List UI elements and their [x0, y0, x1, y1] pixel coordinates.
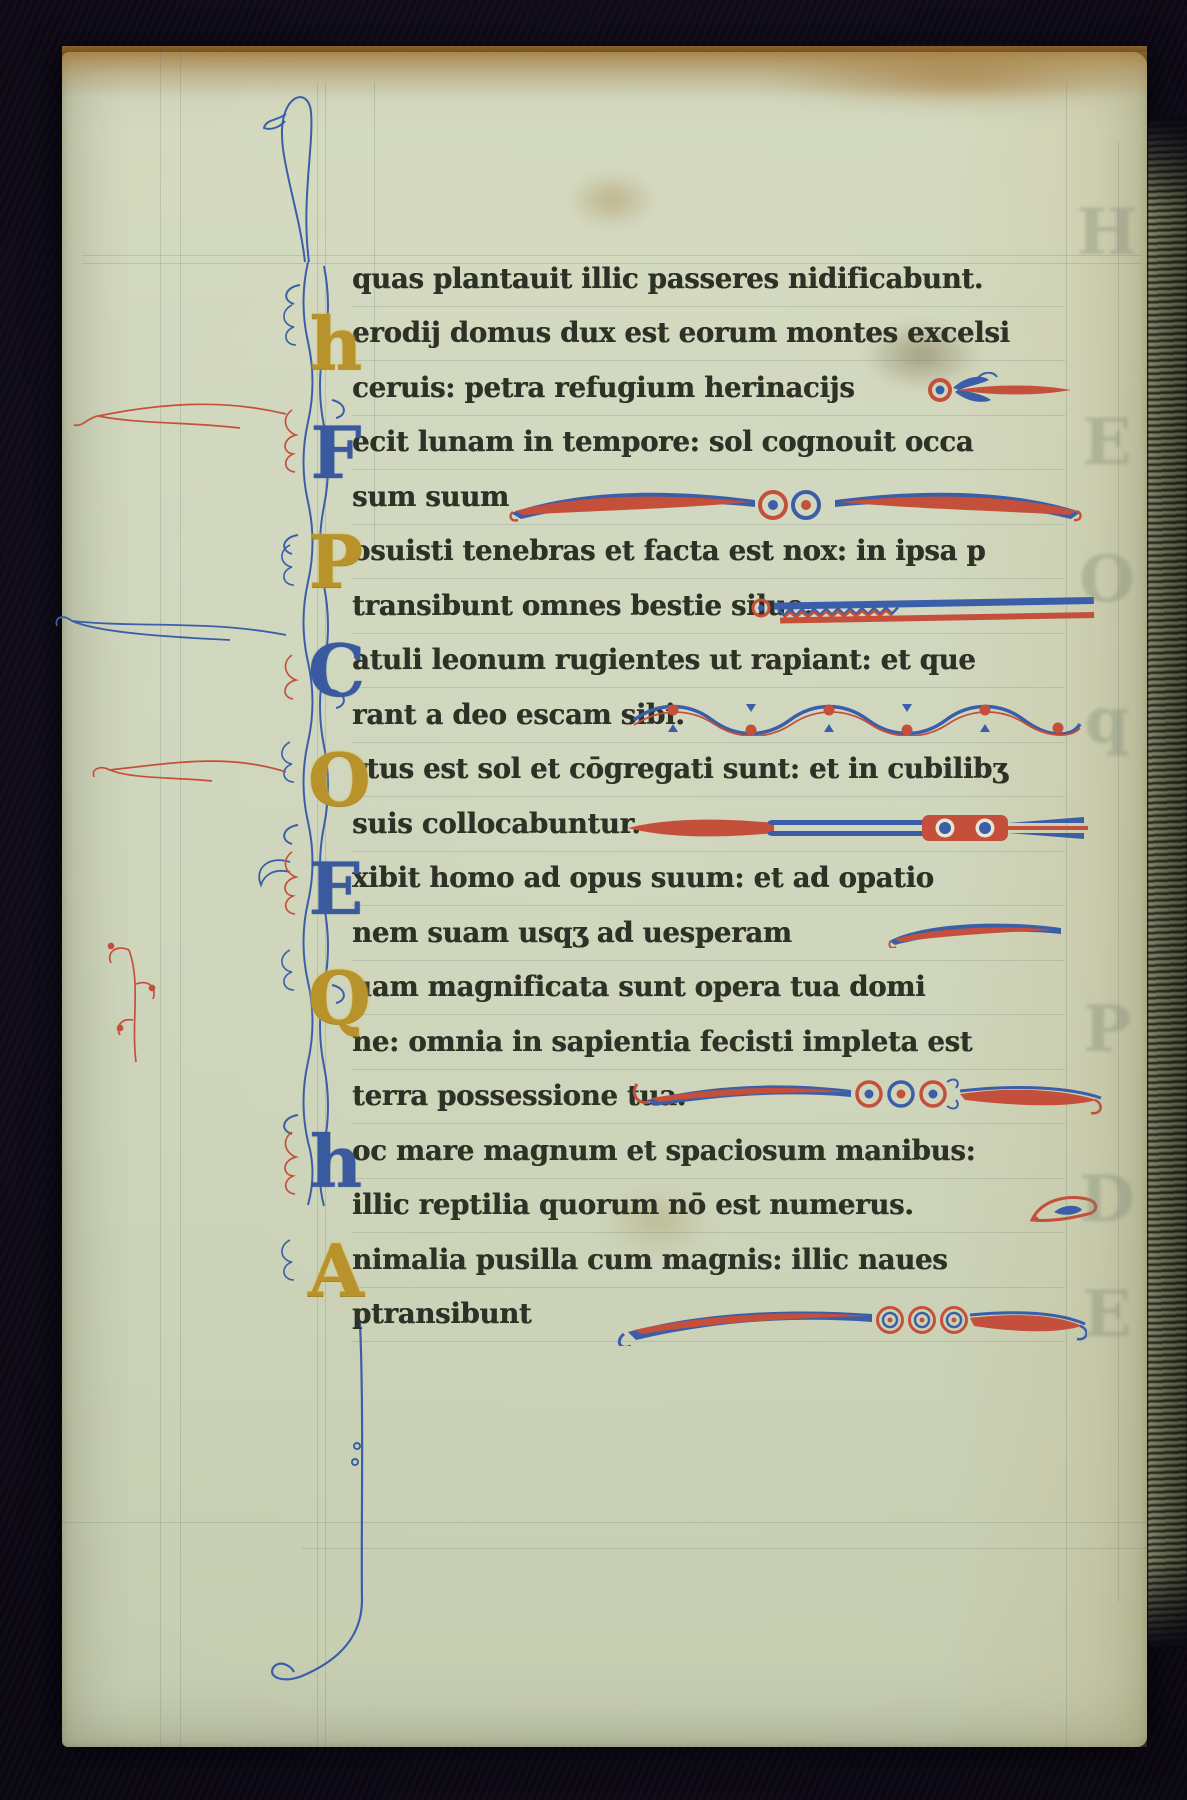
ruling-horizontal	[302, 1548, 1147, 1549]
offset-ghost-letter: P	[1076, 995, 1138, 1065]
ruling-vertical	[1066, 82, 1067, 1747]
verse-text: illic reptilia quorum nō est numerus.	[352, 1188, 913, 1221]
verse-text: ptransibunt	[352, 1297, 531, 1330]
adjacent-page-edge	[1148, 118, 1187, 1648]
ruling-vertical	[1118, 142, 1119, 1602]
line-filler-swash-rings-icon	[625, 1072, 1110, 1118]
illuminated-initial-q: Q	[308, 950, 364, 1046]
line-filler-small-swash-icon	[885, 918, 1065, 948]
offset-ghost-letter: H	[1076, 198, 1138, 268]
text-line: xibit homo ad opus suum: et ad opatio	[352, 851, 1065, 906]
verse-text: osuisti tenebras et facta est nox: in ip…	[352, 534, 985, 567]
illuminated-initial-h2: h	[308, 1114, 364, 1210]
text-line: erodij domus dux est eorum montes excels…	[352, 306, 1065, 361]
text-line: quas plantauit illic passeres nidificabu…	[352, 252, 1065, 307]
edge-shadow	[1148, 118, 1187, 208]
verse-text: transibunt omnes bestie silue.	[352, 589, 813, 622]
verse-text: ne: omnia in sapientia fecisti impleta e…	[352, 1025, 972, 1058]
illuminated-initial-h: h	[308, 296, 364, 392]
small-stain	[567, 172, 657, 228]
text-line: nimalia pusilla cum magnis: illic naues	[352, 1233, 1065, 1288]
edge-shadow	[1148, 1558, 1187, 1648]
verse-text: atuli leonum rugientes ut rapiant: et qu…	[352, 643, 976, 676]
text-line: oc mare magnum et spaciosum manibus:	[352, 1124, 1065, 1179]
illuminated-initial-p: P	[308, 514, 364, 610]
text-line: osuisti tenebras et facta est nox: in ip…	[352, 524, 1065, 579]
line-filler-dagger-icon	[925, 372, 1075, 408]
line-filler-vine-icon	[628, 700, 1086, 736]
text-line: illic reptilia quorum nō est numerus.	[352, 1178, 1065, 1233]
verse-text: nimalia pusilla cum magnis: illic naues	[352, 1243, 947, 1276]
line-filler-spear-bar-icon	[622, 810, 1090, 846]
text-line: ecit lunam in tempore: sol cognouit occa	[352, 415, 1065, 470]
line-filler-long-swash-icon	[612, 1300, 1087, 1346]
text-line: atuli leonum rugientes ut rapiant: et qu…	[352, 633, 1065, 688]
offset-ghost-letter: O	[1076, 545, 1138, 615]
verse-text: oc mare magnum et spaciosum manibus:	[352, 1134, 975, 1167]
illuminated-initial-e: E	[308, 841, 364, 937]
offset-ghost-letter: D	[1076, 1165, 1138, 1235]
verse-text: sum suum	[352, 480, 509, 513]
illuminated-initial-o: O	[308, 732, 364, 828]
top-right-stain	[762, 48, 1162, 108]
verse-text: erodij domus dux est eorum montes excels…	[352, 316, 1010, 349]
offset-ghost-letter: E	[1076, 408, 1138, 478]
verse-text: nem suam usqʒ ad uesperam	[352, 916, 792, 949]
verse-text: ecit lunam in tempore: sol cognouit occa	[352, 425, 973, 458]
illuminated-initial-f: F	[308, 405, 364, 501]
illuminated-initial-a: A	[308, 1223, 364, 1319]
offset-ghost-letter: E	[1076, 1280, 1138, 1350]
offset-ghost-letter: q	[1076, 686, 1138, 756]
verse-text: uam magnificata sunt opera tua domi	[352, 970, 925, 1003]
illuminated-initial-c: C	[308, 623, 364, 719]
text-line: rtus est sol et cōgregati sunt: et in cu…	[352, 742, 1065, 797]
manuscript-photo: { "colors": { "parchment": "#cfd6bc", "i…	[0, 0, 1187, 1800]
verse-text: rtus est sol et cōgregati sunt: et in cu…	[352, 752, 1007, 785]
verse-text: quas plantauit illic passeres nidificabu…	[352, 262, 983, 295]
verse-text: xibit homo ad opus suum: et ad opatio	[352, 861, 934, 894]
text-line: ne: omnia in sapientia fecisti impleta e…	[352, 1015, 1065, 1070]
line-filler-double-swash-icon	[505, 486, 1085, 524]
verse-text: suis collocabuntur.	[352, 807, 641, 840]
text-line: uam magnificata sunt opera tua domi	[352, 960, 1065, 1015]
verse-text: ceruis: petra refugium herinacijs	[352, 371, 854, 404]
line-filler-saw-bars-icon	[750, 592, 1098, 630]
